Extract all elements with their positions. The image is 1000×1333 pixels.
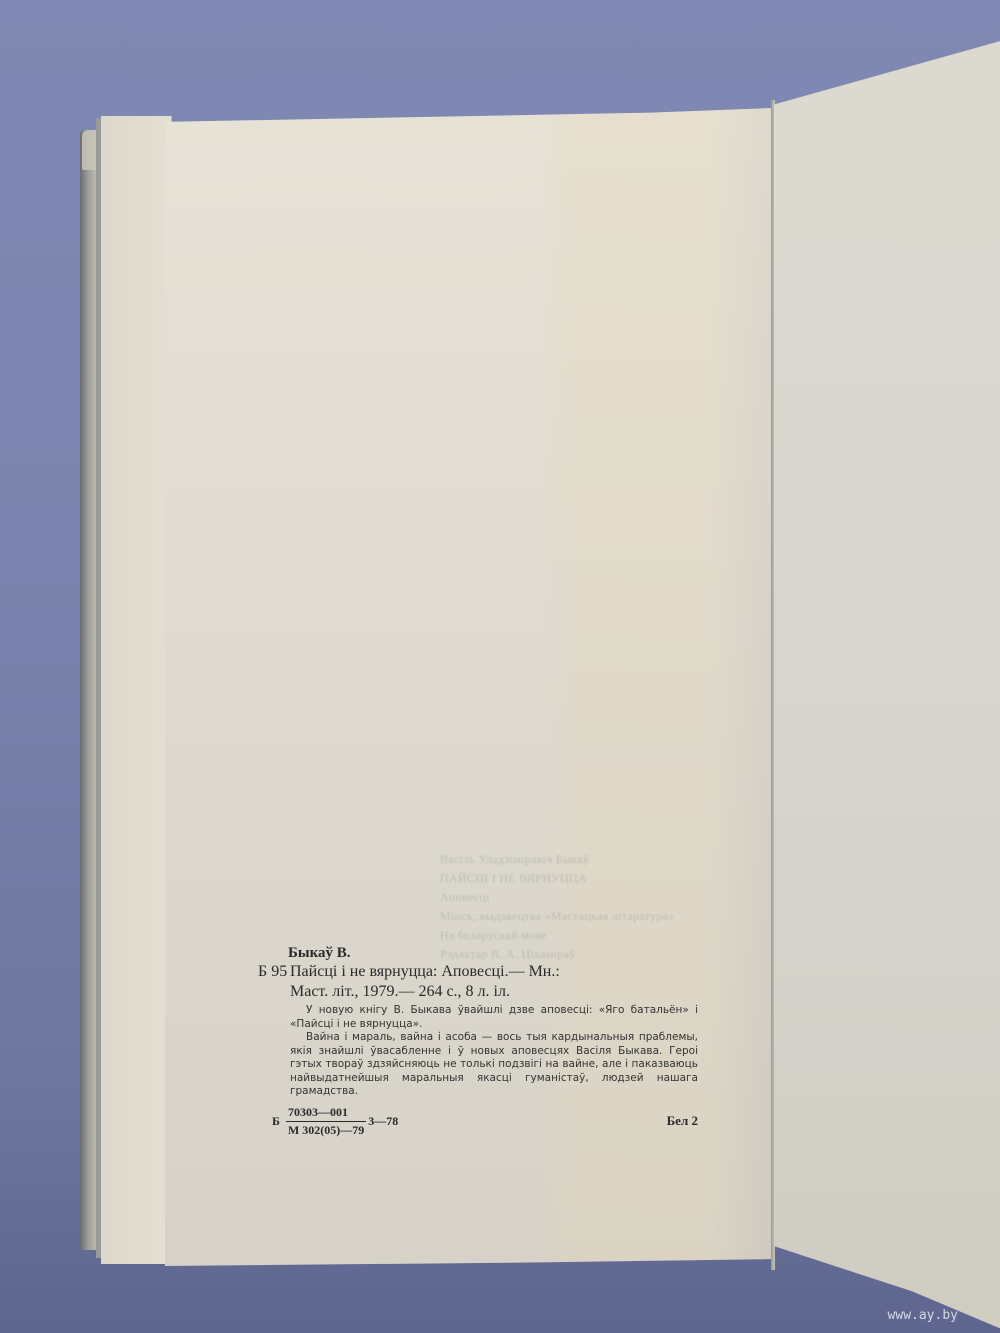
author-name: Быкаў В.	[288, 944, 698, 962]
bbk-denominator: М 302(05)—79	[286, 1122, 366, 1138]
show-through-line: На беларускай мове	[440, 926, 740, 945]
flyleaf	[101, 116, 172, 1264]
show-through-line: Васіль Уладзіміравіч Быкаў	[440, 850, 740, 869]
title-row: Б 95 Пайсці і не вярнуцца: Аповесці.— Мн…	[258, 962, 698, 982]
show-through-line: Аповесці	[440, 888, 740, 907]
show-through-line: ПАЙСЦІ І НЕ ВЯРНУЦЦА	[440, 869, 740, 888]
classification-code: Бел 2	[667, 1113, 698, 1129]
annotation-paragraph: Вайна і мараль, вайна і асоба — вось тыя…	[290, 1031, 698, 1099]
bbk-suffix: 3—78	[368, 1114, 398, 1129]
bbk-letter: Б	[272, 1114, 280, 1129]
bbk-numerator: 70303—001	[286, 1105, 366, 1122]
annotation: У новую кнігу В. Быкава ўвайшлі дзве апо…	[290, 1004, 698, 1099]
annotation-paragraph: У новую кнігу В. Быкава ўвайшлі дзве апо…	[290, 1004, 698, 1031]
right-page	[774, 40, 1000, 1330]
bbk-fraction: 70303—001 М 302(05)—79	[286, 1105, 366, 1138]
book-title-line: Пайсці і не вярнуцца: Аповесці.— Мн.:	[290, 962, 698, 982]
bbk-code: Б 70303—001 М 302(05)—79 3—78 Бел 2	[272, 1105, 698, 1138]
catalog-code: Б 95	[258, 962, 290, 982]
watermark: www.ay.by	[888, 1308, 958, 1323]
imprint-block: Быкаў В. Б 95 Пайсці і не вярнуцца: Апов…	[258, 944, 698, 1138]
publication-line: Маст. літ., 1979.— 264 с., 8 л. іл.	[290, 982, 698, 1002]
show-through-line: Мінск, выдавецтва «Мастацкая літаратура»	[440, 907, 740, 926]
